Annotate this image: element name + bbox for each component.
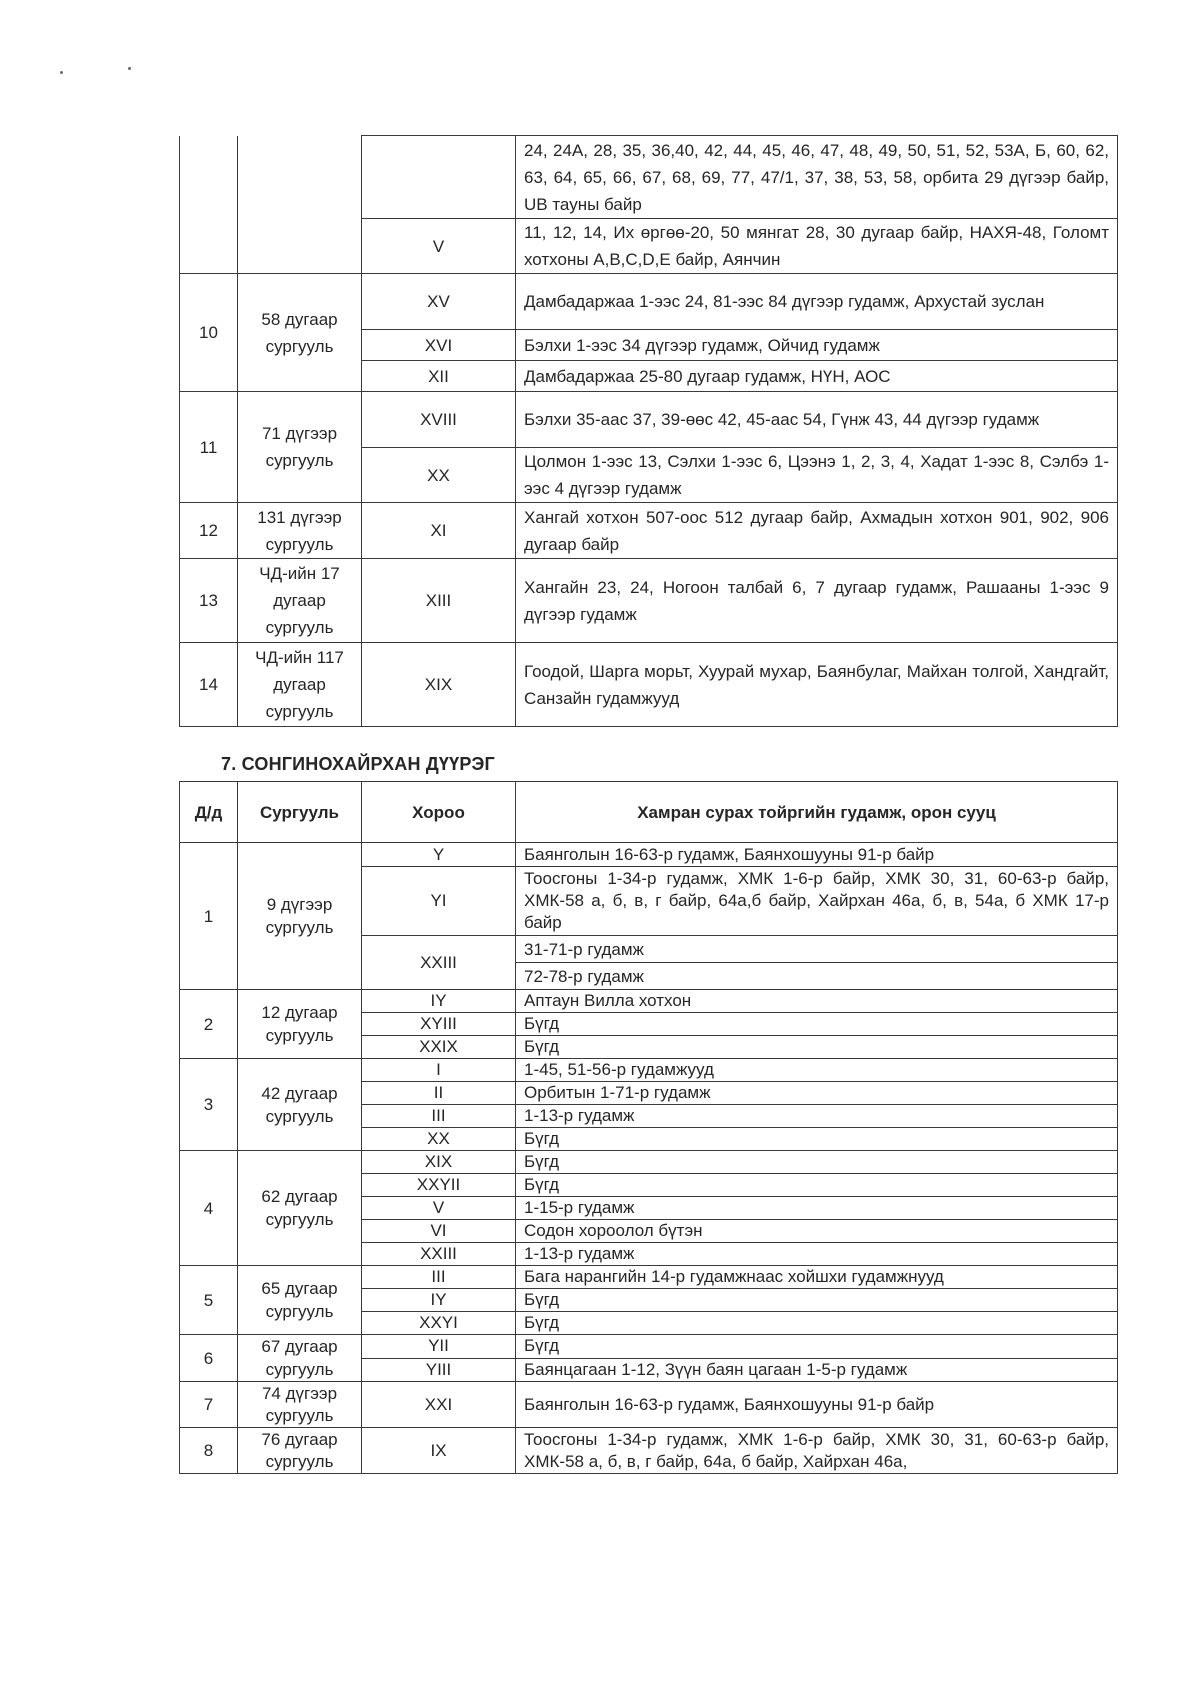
area-cell: Цолмон 1-ээс 13, Сэлхи 1-ээс 6, Цээнэ 1,… xyxy=(516,448,1118,503)
khoroo-cell: XX xyxy=(362,1128,516,1151)
row-number: 7 xyxy=(180,1382,238,1428)
area-cell: Аптаун Вилла хотхон xyxy=(516,990,1118,1013)
khoroo-cell: XVIII xyxy=(362,392,516,448)
khoroo-cell: III xyxy=(362,1105,516,1128)
khoroo-cell: IY xyxy=(362,990,516,1013)
area-cell: 72-78-р гудамж xyxy=(516,963,1118,990)
area-cell: Бүгд xyxy=(516,1128,1118,1151)
khoroo-cell: II xyxy=(362,1082,516,1105)
table-row: 1 9 дүгээр сургууль Y Баянголын 16-63-р … xyxy=(180,843,1118,867)
khoroo-cell: YIII xyxy=(362,1358,516,1382)
table-row: 3 42 дугаар сургууль I 1-45, 51-56-р гуд… xyxy=(180,1059,1118,1082)
area-cell: Бүгд xyxy=(516,1036,1118,1059)
school-name xyxy=(238,136,362,274)
area-cell: Бэлхи 1-ээс 34 дүгээр гудамж, Ойчид гуда… xyxy=(516,330,1118,361)
school-name: 65 дугаар сургууль xyxy=(238,1266,362,1335)
area-cell: 1-13-р гудамж xyxy=(516,1105,1118,1128)
khoroo-cell: V xyxy=(362,219,516,274)
area-cell: Орбитын 1-71-р гудамж xyxy=(516,1082,1118,1105)
khoroo-cell: XXI xyxy=(362,1382,516,1428)
khoroo-cell: V xyxy=(362,1197,516,1220)
row-number: 13 xyxy=(180,559,238,643)
khoroo-cell: III xyxy=(362,1266,516,1289)
row-number: 1 xyxy=(180,843,238,990)
column-header-school: Сургууль xyxy=(238,782,362,843)
khoroo-cell: XV xyxy=(362,274,516,330)
khoroo-cell: XI xyxy=(362,503,516,559)
scan-speck xyxy=(60,71,63,74)
khoroo-cell: IY xyxy=(362,1289,516,1312)
school-name: 62 дугаар сургууль xyxy=(238,1151,362,1266)
area-cell: Баянголын 16-63-р гудамж, Баянхошууны 91… xyxy=(516,843,1118,867)
khoroo-cell: XXYI xyxy=(362,1312,516,1335)
khoroo-cell: YII xyxy=(362,1335,516,1359)
row-number: 4 xyxy=(180,1151,238,1266)
area-cell: 31-71-р гудамж xyxy=(516,936,1118,963)
scan-speck xyxy=(128,67,131,70)
district-school-table: Д/д Сургууль Хороо Хамран сурах тойргийн… xyxy=(179,781,1118,1474)
school-name: 42 дугаар сургууль xyxy=(238,1059,362,1151)
area-cell: Бүгд xyxy=(516,1013,1118,1036)
area-cell: Бага нарангийн 14-р гудамжнаас хойшхи гу… xyxy=(516,1266,1118,1289)
area-cell: Баянголын 16-63-р гудамж, Баянхошууны 91… xyxy=(516,1382,1118,1428)
column-header-khoroo: Хороо xyxy=(362,782,516,843)
row-number: 12 xyxy=(180,503,238,559)
khoroo-cell: Y xyxy=(362,843,516,867)
khoroo-cell: XIII xyxy=(362,559,516,643)
row-number: 2 xyxy=(180,990,238,1059)
area-cell: Бүгд xyxy=(516,1289,1118,1312)
area-cell: 1-15-р гудамж xyxy=(516,1197,1118,1220)
khoroo-cell: XXIII xyxy=(362,936,516,990)
khoroo-cell: XYIII xyxy=(362,1013,516,1036)
school-name: 12 дугаар сургууль xyxy=(238,990,362,1059)
area-cell: Бэлхи 35-аас 37, 39-өөс 42, 45-аас 54, Г… xyxy=(516,392,1118,448)
row-number: 10 xyxy=(180,274,238,392)
row-number: 5 xyxy=(180,1266,238,1335)
table-row: 5 65 дугаар сургууль III Бага нарангийн … xyxy=(180,1266,1118,1289)
school-name: ЧД-ийн 117 дугаар сургууль xyxy=(238,643,362,727)
khoroo-cell: XXIII xyxy=(362,1243,516,1266)
table-row: 6 67 дугаар сургууль YII Бүгд xyxy=(180,1335,1118,1359)
area-cell: 24, 24A, 28, 35, 36,40, 42, 44, 45, 46, … xyxy=(516,136,1118,219)
table-row: 7 74 дүгээр сургууль XXI Баянголын 16-63… xyxy=(180,1382,1118,1428)
school-name: 67 дугаар сургууль xyxy=(238,1335,362,1382)
khoroo-cell: I xyxy=(362,1059,516,1082)
khoroo-cell: XII xyxy=(362,361,516,392)
row-number: 3 xyxy=(180,1059,238,1151)
section-title: 7. СОНГИНОХАЙРХАН ДҮҮРЭГ xyxy=(221,754,495,775)
table-row: 10 58 дугаар сургууль XV Дамбадаржаа 1-э… xyxy=(180,274,1118,330)
area-cell: Бүгд xyxy=(516,1151,1118,1174)
khoroo-cell: XIX xyxy=(362,643,516,727)
row-number: 11 xyxy=(180,392,238,503)
area-cell: Дамбадаржаа 1-ээс 24, 81-ээс 84 дүгээр г… xyxy=(516,274,1118,330)
khoroo-cell: XXYII xyxy=(362,1174,516,1197)
table-row: 2 12 дугаар сургууль IY Аптаун Вилла хот… xyxy=(180,990,1118,1013)
area-cell: Бүгд xyxy=(516,1174,1118,1197)
area-cell: 11, 12, 14, Их өргөө-20, 50 мянгат 28, 3… xyxy=(516,219,1118,274)
khoroo-cell: XXIX xyxy=(362,1036,516,1059)
table-row: 24, 24A, 28, 35, 36,40, 42, 44, 45, 46, … xyxy=(180,136,1118,219)
area-cell: Тоосгоны 1-34-р гудамж, ХМК 1-6-р байр, … xyxy=(516,1428,1118,1474)
row-number: 6 xyxy=(180,1335,238,1382)
school-name: ЧД-ийн 17 дугаар сургууль xyxy=(238,559,362,643)
table-row: 4 62 дугаар сургууль XIX Бүгд xyxy=(180,1151,1118,1174)
khoroo-cell: VI xyxy=(362,1220,516,1243)
khoroo-cell: XVI xyxy=(362,330,516,361)
area-cell: 1-45, 51-56-р гудамжууд xyxy=(516,1059,1118,1082)
school-name: 131 дүгээр сургууль xyxy=(238,503,362,559)
area-cell: Дамбадаржаа 25-80 дугаар гудамж, НҮН, АО… xyxy=(516,361,1118,392)
area-cell: Гоодой, Шарга морьт, Хуурай мухар, Баянб… xyxy=(516,643,1118,727)
row-number xyxy=(180,136,238,274)
area-cell: Хангайн 23, 24, Ногоон талбай 6, 7 дугаа… xyxy=(516,559,1118,643)
school-name: 71 дүгээр сургууль xyxy=(238,392,362,503)
area-cell: Бүгд xyxy=(516,1312,1118,1335)
table-header-row: Д/д Сургууль Хороо Хамран сурах тойргийн… xyxy=(180,782,1118,843)
column-header-number: Д/д xyxy=(180,782,238,843)
school-name: 58 дугаар сургууль xyxy=(238,274,362,392)
area-cell: Бүгд xyxy=(516,1335,1118,1359)
table-row: 8 76 дугаар сургууль IX Тоосгоны 1-34-р … xyxy=(180,1428,1118,1474)
khoroo-cell: XX xyxy=(362,448,516,503)
row-number: 14 xyxy=(180,643,238,727)
area-cell: 1-13-р гудамж xyxy=(516,1243,1118,1266)
khoroo-cell xyxy=(362,136,516,219)
school-name: 9 дүгээр сургууль xyxy=(238,843,362,990)
khoroo-cell: XIX xyxy=(362,1151,516,1174)
table-row: 14 ЧД-ийн 117 дугаар сургууль XIX Гоодой… xyxy=(180,643,1118,727)
column-header-area: Хамран сурах тойргийн гудамж, орон сууц xyxy=(516,782,1118,843)
table-row: 11 71 дүгээр сургууль XVIII Бэлхи 35-аас… xyxy=(180,392,1118,448)
area-cell: Хангай хотхон 507-оос 512 дугаар байр, А… xyxy=(516,503,1118,559)
area-cell: Баянцагаан 1-12, Зүүн баян цагаан 1-5-р … xyxy=(516,1358,1118,1382)
table-row: 12 131 дүгээр сургууль XI Хангай хотхон … xyxy=(180,503,1118,559)
area-cell: Тоосгоны 1-34-р гудамж, ХМК 1-6-р байр, … xyxy=(516,867,1118,936)
table-row: 13 ЧД-ийн 17 дугаар сургууль XIII Хангай… xyxy=(180,559,1118,643)
khoroo-cell: YI xyxy=(362,867,516,936)
school-name: 74 дүгээр сургууль xyxy=(238,1382,362,1428)
area-cell: Содон хороолол бүтэн xyxy=(516,1220,1118,1243)
continuation-table: 24, 24A, 28, 35, 36,40, 42, 44, 45, 46, … xyxy=(179,135,1118,727)
school-name: 76 дугаар сургууль xyxy=(238,1428,362,1474)
khoroo-cell: IX xyxy=(362,1428,516,1474)
row-number: 8 xyxy=(180,1428,238,1474)
